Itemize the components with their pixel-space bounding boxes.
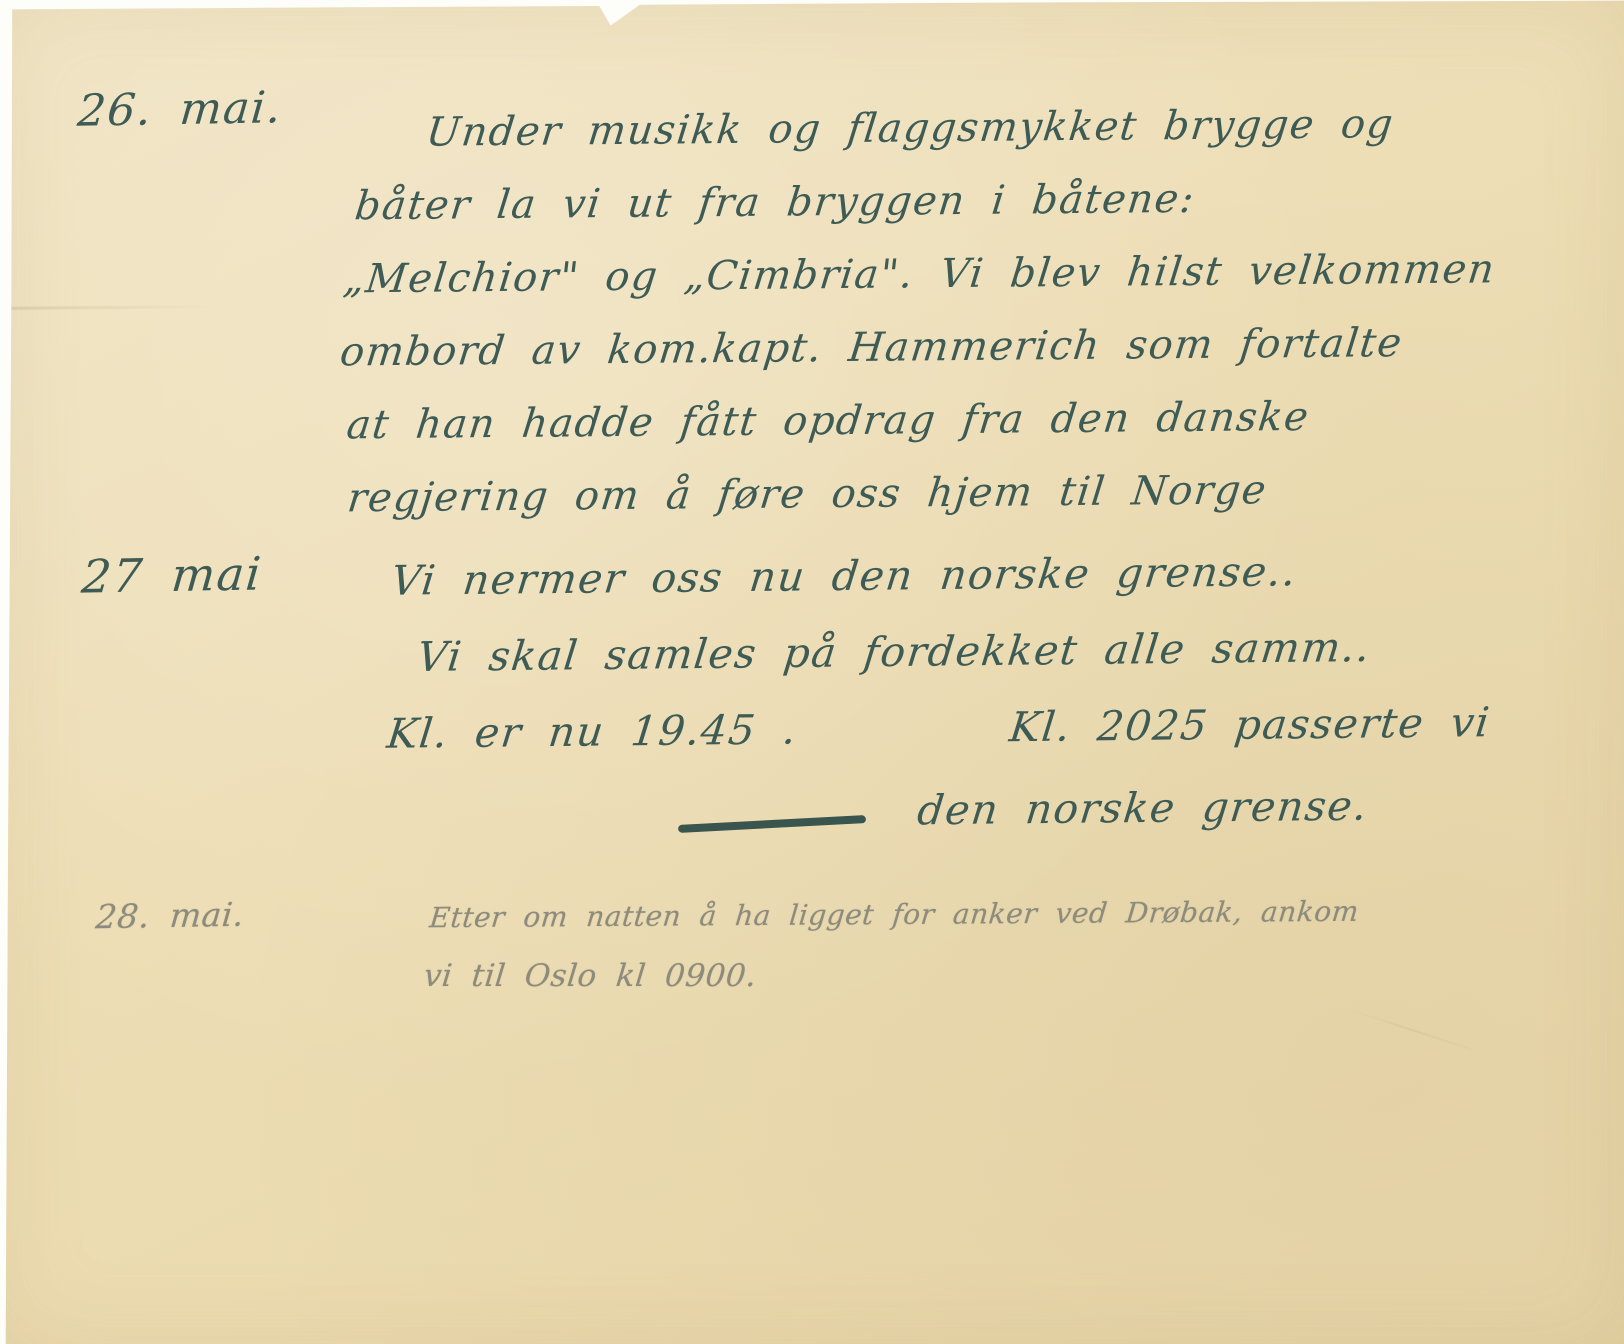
text-line: Vi nermer oss nu den norske grense.. (389, 547, 1300, 604)
text-line: Vi skal samles på fordekket alle samm.. (415, 623, 1374, 681)
paper-crease (8, 305, 218, 309)
text-line: Etter om natten å ha ligget for anker ve… (428, 895, 1360, 934)
entry-date-27-mai: 27 mai (79, 546, 264, 603)
text-line: at han hadde fått opdrag fra den danske (337, 379, 1585, 463)
text-line: Kl. er nu 19.45 . Kl. 2025 passerte vi (385, 698, 1493, 758)
text-line: den norske grense. (915, 782, 1371, 835)
paper-crease (1343, 1007, 1486, 1055)
text-line: „Melchior" og „Cimbria". Vi blev hilst v… (336, 233, 1584, 317)
entry-body-26-mai: Under musikk og flaggsmykket brygge og b… (338, 87, 1582, 536)
text-line: ombord av kom.kapt. Hammerich som fortal… (336, 306, 1584, 390)
entry-date-28-mai: 28. mai. (94, 895, 246, 937)
entry-date-26-mai: 26. mai. (76, 82, 285, 137)
scanned-diary-page: 26. mai. Under musikk og flaggsmykket br… (0, 0, 1624, 1344)
ink-dash (678, 815, 866, 833)
text-line: Under musikk og flaggsmykket brygge og (334, 87, 1582, 171)
paper-sheet: 26. mai. Under musikk og flaggsmykket br… (0, 0, 1624, 1344)
text-line: vi til Oslo kl 0900. (422, 958, 758, 994)
text-line: regjering om å føre oss hjem til Norge (337, 452, 1585, 536)
text-line: båter la vi ut fra bryggen i båtene: (335, 160, 1583, 244)
